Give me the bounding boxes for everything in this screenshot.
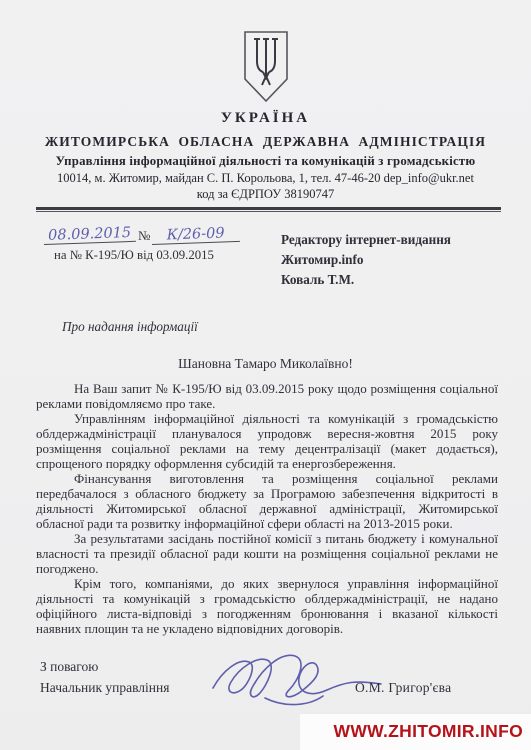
reference-block: 08.09.2015№К/26-09 на № К-195/Ю від 03.0… bbox=[44, 228, 240, 289]
letter-body: На Ваш запит № К-195/Ю від 03.09.2015 ро… bbox=[36, 381, 498, 636]
handwritten-signature bbox=[205, 640, 390, 715]
subject-line: Про надання інформації bbox=[62, 319, 531, 335]
ukraine-trident-emblem bbox=[0, 30, 531, 106]
handwritten-date: 08.09.2015 bbox=[43, 225, 136, 245]
number-sign: № bbox=[138, 228, 150, 243]
body-paragraph: За результатами засідань постійної коміс… bbox=[36, 531, 498, 576]
address-line: 10014, м. Житомир, майдан С. П. Корольов… bbox=[0, 171, 531, 186]
organization-name: ЖИТОМИРСЬКА ОБЛАСНА ДЕРЖАВНА АДМІНІСТРАЦ… bbox=[0, 134, 531, 150]
body-paragraph: Фінансування виготовлення та розміщення … bbox=[36, 471, 498, 531]
salutation: Шановна Тамаро Миколаївно! bbox=[0, 356, 531, 372]
edrpou-line: код за ЄДРПОУ 38190747 bbox=[0, 187, 531, 202]
reply-to-line: на № К-195/Ю від 03.09.2015 bbox=[44, 248, 240, 263]
recipient-publication: Житомир.info bbox=[281, 250, 493, 270]
country-title: УКРАЇНА bbox=[0, 110, 531, 127]
body-paragraph: На Ваш запит № К-195/Ю від 03.09.2015 ро… bbox=[36, 381, 498, 411]
body-paragraph: Крім того, компаніями, до яких звернулос… bbox=[36, 576, 498, 636]
reference-row: 08.09.2015№К/26-09 на № К-195/Ю від 03.0… bbox=[44, 228, 493, 289]
recipient-person: Коваль Т.М. bbox=[281, 270, 493, 290]
department-name: Управління інформаційної діяльності та к… bbox=[0, 154, 531, 169]
scanned-letter-page: УКРАЇНА ЖИТОМИРСЬКА ОБЛАСНА ДЕРЖАВНА АДМ… bbox=[0, 0, 531, 750]
letterhead-divider bbox=[36, 207, 501, 212]
letterhead: УКРАЇНА ЖИТОМИРСЬКА ОБЛАСНА ДЕРЖАВНА АДМ… bbox=[0, 0, 531, 212]
signer-name: О.М. Григор'єва bbox=[355, 680, 451, 696]
recipient-block: Редактору інтернет-видання Житомир.info … bbox=[281, 230, 493, 289]
site-watermark-text: WWW.ZHITOMIR.INFO bbox=[334, 721, 523, 741]
body-paragraph: Управлінням інформаційної діяльності та … bbox=[36, 411, 498, 471]
handwritten-number: К/26-09 bbox=[152, 225, 241, 245]
recipient-role: Редактору інтернет-видання bbox=[281, 230, 493, 250]
site-watermark: WWW.ZHITOMIR.INFO bbox=[300, 714, 531, 750]
